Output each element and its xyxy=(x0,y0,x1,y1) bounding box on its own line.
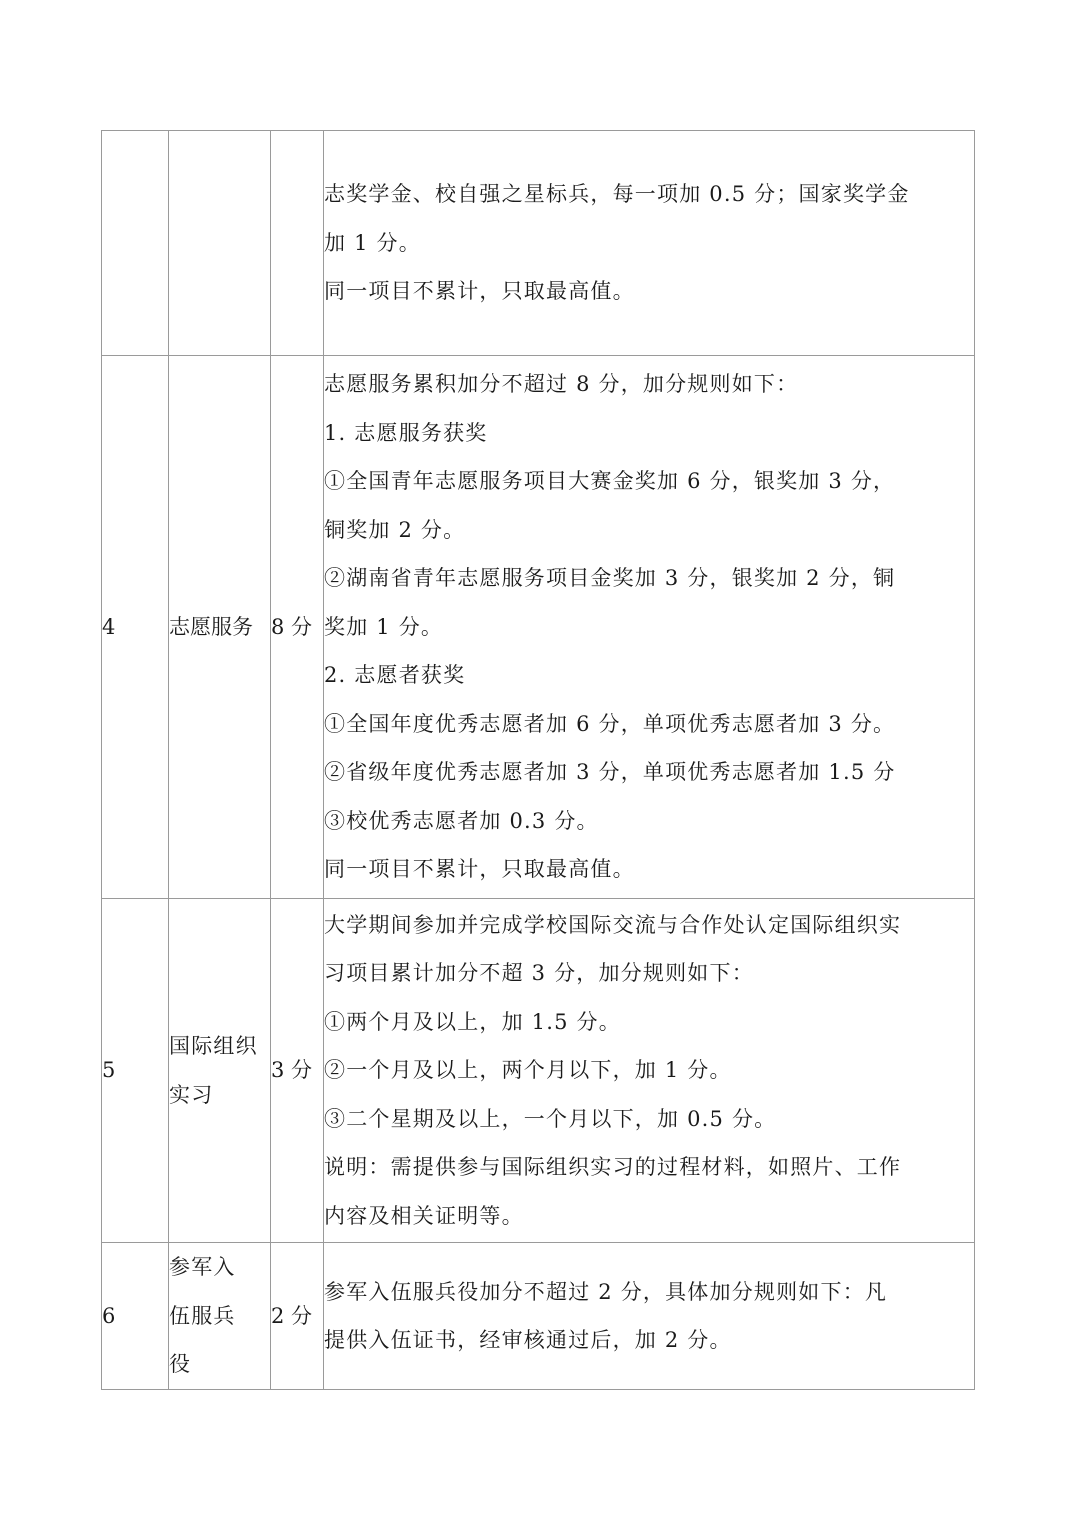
item-line: 国际组织 xyxy=(169,1022,270,1071)
row-number-cell xyxy=(102,131,169,356)
rule-line: ①全国青年志愿服务项目大赛金奖加 6 分，银奖加 3 分， xyxy=(324,457,974,506)
table-row-international-internship: 5 国际组织 实习 3 分 大学期间参加并完成学校国际交流与合作处认定国际组织实… xyxy=(102,899,975,1243)
item-line: 伍服兵 xyxy=(169,1292,270,1341)
rule-line: ③校优秀志愿者加 0.3 分。 xyxy=(324,797,974,846)
row-number-cell: 4 xyxy=(102,356,169,899)
table-row-military-service: 6 参军入 伍服兵 役 2 分 参军入伍服兵役加分不超过 2 分，具体加分规则如… xyxy=(102,1243,975,1390)
score-cell: 2 分 xyxy=(271,1243,324,1390)
item-cell: 参军入 伍服兵 役 xyxy=(169,1243,271,1390)
rule-line: 志愿服务累积加分不超过 8 分，加分规则如下： xyxy=(324,360,974,409)
rule-line: 内容及相关证明等。 xyxy=(324,1192,974,1241)
item-line: 实习 xyxy=(169,1071,270,1120)
rule-cell: 大学期间参加并完成学校国际交流与合作处认定国际组织实 习项目累计加分不超 3 分… xyxy=(324,899,975,1243)
rule-line: ①两个月及以上，加 1.5 分。 xyxy=(324,998,974,1047)
table-row-continued: 志奖学金、校自强之星标兵，每一项加 0.5 分；国家奖学金 加 1 分。 同一项… xyxy=(102,131,975,356)
rule-line: 奖加 1 分。 xyxy=(324,603,974,652)
rule-cell: 参军入伍服兵役加分不超过 2 分，具体加分规则如下：凡 提供入伍证书，经审核通过… xyxy=(324,1243,975,1390)
rule-cell: 志奖学金、校自强之星标兵，每一项加 0.5 分；国家奖学金 加 1 分。 同一项… xyxy=(324,131,975,356)
item-line: 参军入 xyxy=(169,1243,270,1292)
row-number-cell: 5 xyxy=(102,899,169,1243)
rule-line: 1. 志愿服务获奖 xyxy=(324,409,974,458)
rule-line: ②省级年度优秀志愿者加 3 分，单项优秀志愿者加 1.5 分 xyxy=(324,748,974,797)
rule-line: 同一项目不累计，只取最高值。 xyxy=(324,267,974,316)
item-cell: 国际组织 实习 xyxy=(169,899,271,1243)
rule-line: 加 1 分。 xyxy=(324,219,974,268)
rule-line: 参军入伍服兵役加分不超过 2 分，具体加分规则如下：凡 xyxy=(324,1268,974,1317)
rule-line: 2. 志愿者获奖 xyxy=(324,651,974,700)
rule-line: 习项目累计加分不超 3 分，加分规则如下： xyxy=(324,949,974,998)
rule-line: ①全国年度优秀志愿者加 6 分，单项优秀志愿者加 3 分。 xyxy=(324,700,974,749)
item-cell: 志愿服务 xyxy=(169,356,271,899)
score-cell xyxy=(271,131,324,356)
score-cell: 3 分 xyxy=(271,899,324,1243)
row-number-cell: 6 xyxy=(102,1243,169,1390)
rule-line: 同一项目不累计，只取最高值。 xyxy=(324,845,974,894)
rule-cell: 志愿服务累积加分不超过 8 分，加分规则如下： 1. 志愿服务获奖 ①全国青年志… xyxy=(324,356,975,899)
score-cell: 8 分 xyxy=(271,356,324,899)
rule-line: 大学期间参加并完成学校国际交流与合作处认定国际组织实 xyxy=(324,901,974,950)
rule-line: 志奖学金、校自强之星标兵，每一项加 0.5 分；国家奖学金 xyxy=(324,170,974,219)
item-cell xyxy=(169,131,271,356)
rule-line: 说明：需提供参与国际组织实习的过程材料，如照片、工作 xyxy=(324,1143,974,1192)
rule-line: ②湖南省青年志愿服务项目金奖加 3 分，银奖加 2 分，铜 xyxy=(324,554,974,603)
scoring-rules-table: 志奖学金、校自强之星标兵，每一项加 0.5 分；国家奖学金 加 1 分。 同一项… xyxy=(101,130,975,1390)
table-row-volunteer-service: 4 志愿服务 8 分 志愿服务累积加分不超过 8 分，加分规则如下： 1. 志愿… xyxy=(102,356,975,899)
rule-line: ②一个月及以上，两个月以下，加 1 分。 xyxy=(324,1046,974,1095)
document-page: 志奖学金、校自强之星标兵，每一项加 0.5 分；国家奖学金 加 1 分。 同一项… xyxy=(0,0,1074,1520)
item-line: 役 xyxy=(169,1340,270,1389)
rule-line: 提供入伍证书，经审核通过后，加 2 分。 xyxy=(324,1316,974,1365)
rule-line: 铜奖加 2 分。 xyxy=(324,506,974,555)
rule-line: ③二个星期及以上，一个月以下，加 0.5 分。 xyxy=(324,1095,974,1144)
